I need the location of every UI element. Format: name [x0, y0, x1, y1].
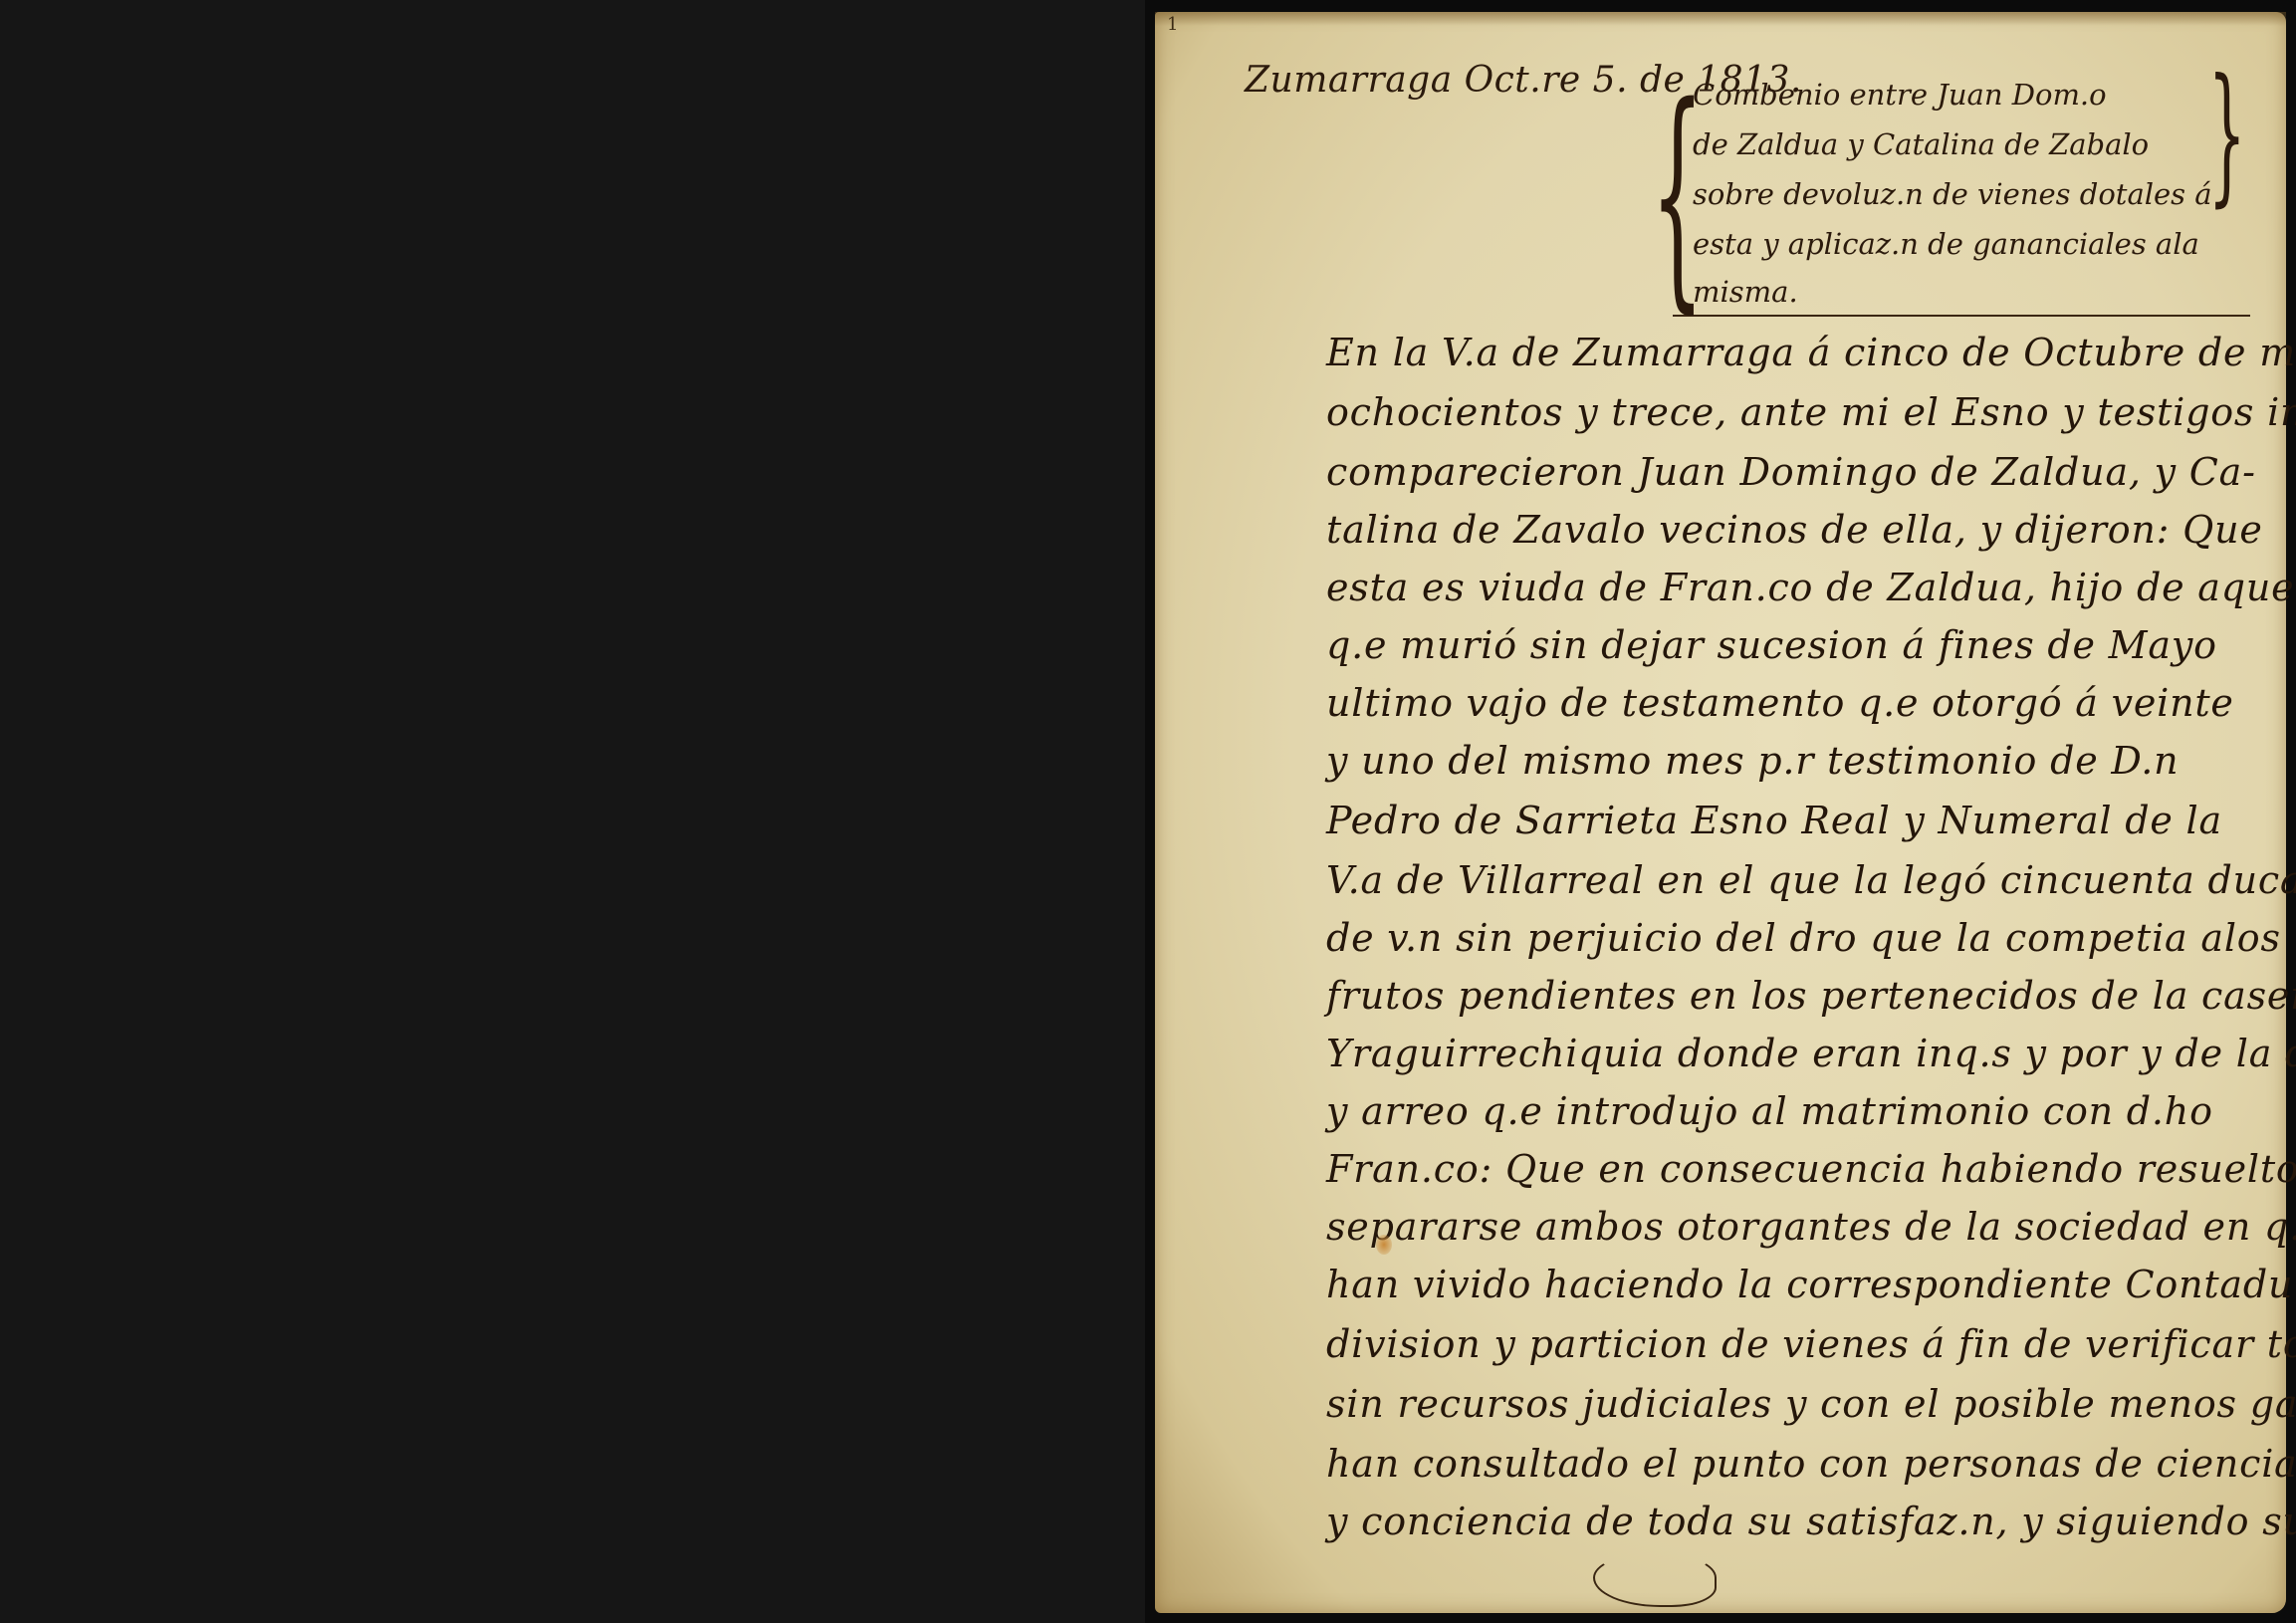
- margin-note-line: esta y aplicaz.n de gananciales ala: [1693, 227, 2199, 261]
- body-line: han consultado el punto con personas de …: [1326, 1442, 2296, 1486]
- body-line: comparecieron Juan Domingo de Zaldua, y …: [1326, 450, 2256, 494]
- body-line: y conciencia de toda su satisfaz.n, y si…: [1326, 1500, 2296, 1543]
- body-line: sin recursos judiciales y con el posible…: [1326, 1382, 2296, 1426]
- body-line: y arreo q.e introdujo al matrimonio con …: [1326, 1089, 2213, 1133]
- margin-note-line: sobre devoluz.n de vienes dotales á: [1693, 177, 2212, 211]
- body-line: division y particion de vienes á fin de …: [1326, 1322, 2296, 1366]
- body-line: ultimo vajo de testamento q.e otorgó á v…: [1326, 681, 2234, 725]
- margin-note-line: de Zaldua y Catalina de Zabalo: [1693, 127, 2149, 161]
- body-line: de v.n sin perjuicio del dro que la comp…: [1326, 916, 2281, 960]
- body-line: En la V.a de Zumarraga á cinco de Octubr…: [1326, 331, 2296, 374]
- body-line: V.a de Villarreal en el que la legó cinc…: [1326, 858, 2296, 902]
- ink-stain: [1376, 1235, 1392, 1255]
- body-line: esta es viuda de Fran.co de Zaldua, hijo…: [1326, 566, 2296, 609]
- body-line: han vivido haciendo la correspondiente C…: [1326, 1263, 2296, 1306]
- body-line: talina de Zavalo vecinos de ella, y dije…: [1326, 508, 2263, 552]
- body-line: separarse ambos otorgantes de la socieda…: [1326, 1205, 2296, 1249]
- margin-note-line: misma.: [1693, 275, 1798, 309]
- manuscript-page: 1 Zumarraga Oct.re 5. de 1813. { } Combe…: [1155, 12, 2286, 1613]
- body-line: ochocientos y trece, ante mi el Esno y t…: [1326, 390, 2296, 434]
- closing-flourish-icon: [1593, 1553, 1717, 1607]
- body-line: Pedro de Sarrieta Esno Real y Numeral de…: [1326, 799, 2222, 842]
- right-brace-icon: }: [2207, 60, 2245, 209]
- body-line: frutos pendientes en los pertenecidos de…: [1326, 974, 2296, 1018]
- body-line: q.e murió sin dejar sucesion á fines de …: [1326, 623, 2217, 667]
- body-line: Yraguirrechiquia donde eran inq.s y por …: [1326, 1032, 2296, 1075]
- body-line: y uno del mismo mes p.r testimonio de D.…: [1326, 739, 2179, 783]
- viewer-background: [0, 0, 1145, 1623]
- body-line: Fran.co: Que en consecuencia habiendo re…: [1326, 1147, 2296, 1191]
- margin-note-line: Combenio entre Juan Dom.o: [1693, 78, 2107, 112]
- folio-mark: 1: [1167, 14, 1178, 35]
- margin-note-box: { } Combenio entre Juan Dom.o de Zaldua …: [1673, 70, 2250, 317]
